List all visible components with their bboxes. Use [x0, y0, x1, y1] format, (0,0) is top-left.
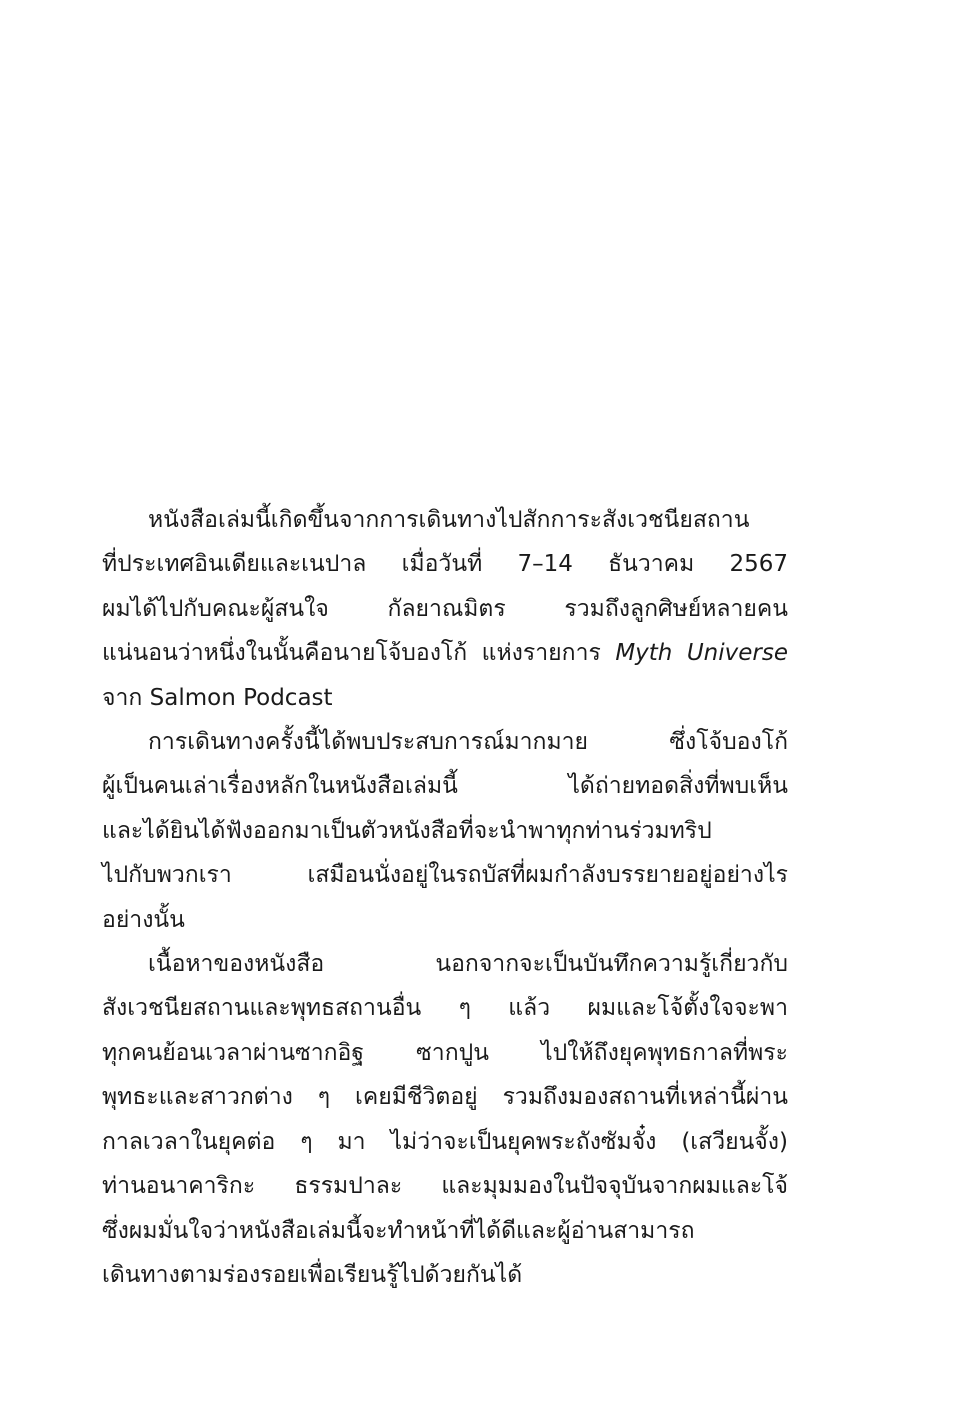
- show-title: Myth Universe: [615, 640, 788, 666]
- paragraph-1: หนังสือเล่มนี้เกิดขึ้นจากการเดินทางไปสัก…: [102, 498, 788, 720]
- text-line: ไปกับพวกเรา เสมือนนั่งอยู่ในรถบัสที่ผมกำ…: [102, 853, 788, 897]
- text-line: พุทธะและสาวกต่าง ๆ เคยมีชีวิตอยู่ รวมถึง…: [102, 1075, 788, 1119]
- text-segment: แน่นอนว่าหนึ่งในนั้นคือนายโจ้บองโก้ แห่ง…: [102, 640, 615, 666]
- paragraph-2: การเดินทางครั้งนี้ได้พบประสบการณ์มากมาย …: [102, 720, 788, 942]
- book-page: หนังสือเล่มนี้เกิดขึ้นจากการเดินทางไปสัก…: [102, 498, 788, 1297]
- text-line: ผมได้ไปกับคณะผู้สนใจ กัลยาณมิตร รวมถึงลู…: [102, 587, 788, 631]
- text-line: เดินทางตามร่องรอยเพื่อเรียนรู้ไปด้วยกันไ…: [102, 1253, 788, 1297]
- text-line: จาก Salmon Podcast: [102, 676, 788, 720]
- text-line: หนังสือเล่มนี้เกิดขึ้นจากการเดินทางไปสัก…: [102, 498, 788, 542]
- text-line: ซึ่งผมมั่นใจว่าหนังสือเล่มนี้จะทำหน้าที่…: [102, 1209, 788, 1253]
- text-line: การเดินทางครั้งนี้ได้พบประสบการณ์มากมาย …: [102, 720, 788, 764]
- text-line: และได้ยินได้ฟังออกมาเป็นตัวหนังสือที่จะน…: [102, 809, 788, 853]
- text-line: ผู้เป็นคนเล่าเรื่องหลักในหนังสือเล่มนี้ …: [102, 764, 788, 808]
- text-line: อย่างนั้น: [102, 898, 788, 942]
- text-line: กาลเวลาในยุคต่อ ๆ มา ไม่ว่าจะเป็นยุคพระถ…: [102, 1120, 788, 1164]
- text-line: ท่านอนาคาริกะ ธรรมปาละ และมุมมองในปัจจุบ…: [102, 1164, 788, 1208]
- text-line: สังเวชนียสถานและพุทธสถานอื่น ๆ แล้ว ผมแล…: [102, 986, 788, 1030]
- paragraph-3: เนื้อหาของหนังสือ นอกจากจะเป็นบันทึกความ…: [102, 942, 788, 1297]
- text-line: เนื้อหาของหนังสือ นอกจากจะเป็นบันทึกความ…: [102, 942, 788, 986]
- text-line: ที่ประเทศอินเดียและเนปาล เมื่อวันที่ 7–1…: [102, 542, 788, 586]
- text-line: ทุกคนย้อนเวลาผ่านซากอิฐ ซากปูน ไปให้ถึงย…: [102, 1031, 788, 1075]
- text-line: แน่นอนว่าหนึ่งในนั้นคือนายโจ้บองโก้ แห่ง…: [102, 631, 788, 675]
